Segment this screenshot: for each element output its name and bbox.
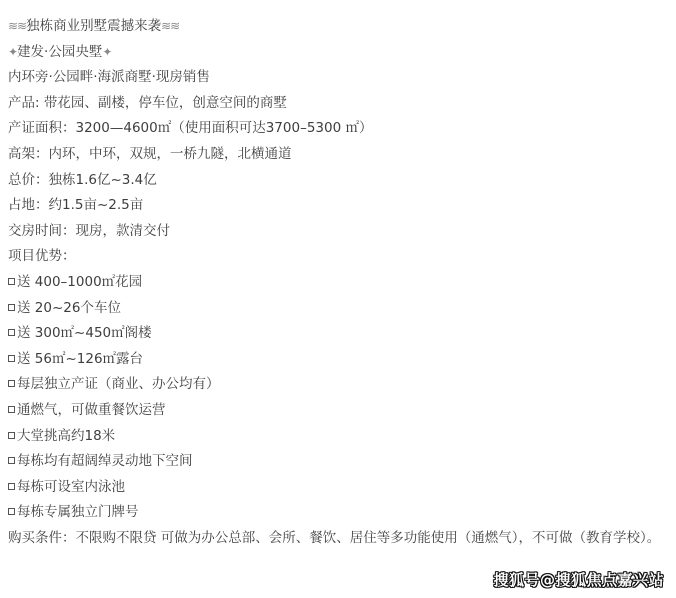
spec-product: 产品: 带花园、副楼，停车位，创意空间的商墅 xyxy=(8,91,672,117)
advantage-text: 每栋均有超阔绰灵动地下空间 xyxy=(17,453,193,469)
spec-land: 占地：约1.5亩~2.5亩 xyxy=(8,193,672,219)
advantage-text: 送 400–1000㎡花园 xyxy=(17,274,142,290)
spec-area: 产证面积：3200—4600㎡（使用面积可达3700–5300 ㎡） xyxy=(8,116,672,142)
title-text: 独栋商业别墅震撼来袭 xyxy=(26,18,161,34)
square-bullet-icon xyxy=(8,508,15,515)
source-watermark: 搜狐号@搜狐焦点嘉兴站 xyxy=(493,569,664,590)
advantage-item: 每栋可设室内泳池 xyxy=(8,475,672,501)
advantage-text: 通燃气，可做重餐饮运营 xyxy=(17,402,166,418)
spec-delivery: 交房时间：现房，款清交付 xyxy=(8,219,672,245)
advantage-item: 送 20~26个车位 xyxy=(8,296,672,322)
square-bullet-icon xyxy=(8,355,15,362)
advantage-text: 每栋可设室内泳池 xyxy=(17,479,125,495)
square-bullet-icon xyxy=(8,457,15,464)
advantage-text: 每层独立产证（商业、办公均有） xyxy=(17,376,220,392)
spec-highway: 高架：内环，中环，双规，一桥九隧，北横通道 xyxy=(8,142,672,168)
subtitle-text: 建发·公园央墅 xyxy=(17,44,102,60)
square-bullet-icon xyxy=(8,406,15,413)
spec-label: 占地 xyxy=(8,197,35,213)
spec-label: 高架 xyxy=(8,146,35,162)
tagline: 内环旁·公园畔·海派商墅·现房销售 xyxy=(8,65,672,91)
advantage-item: 送 300㎡~450㎡阁楼 xyxy=(8,321,672,347)
advantage-item: 每栋专属独立门牌号 xyxy=(8,500,672,526)
advantages-heading: 项目优势： xyxy=(8,244,672,270)
square-bullet-icon xyxy=(8,278,15,285)
article-title: ≋≋独栋商业别墅震撼来袭≋≋ xyxy=(8,14,672,40)
spec-value: 内环，中环，双规，一桥九隧，北横通道 xyxy=(49,146,292,162)
advantage-item: 通燃气，可做重餐饮运营 xyxy=(8,398,672,424)
advantage-item: 送 56㎡~126㎡露台 xyxy=(8,347,672,373)
square-bullet-icon xyxy=(8,304,15,311)
spec-label: 总价 xyxy=(8,172,35,188)
swirl-decoration-icon: ≋≋ xyxy=(161,14,179,40)
spec-label: 交房时间 xyxy=(8,223,62,239)
spec-value: 现房，款清交付 xyxy=(76,223,171,239)
swirl-decoration-icon: ≋≋ xyxy=(8,14,26,40)
advantage-item: 每栋均有超阔绰灵动地下空间 xyxy=(8,449,672,475)
purchase-conditions: 购买条件：不限购不限贷 可做为办公总部、会所、餐饮、居住等多功能使用（通燃气），… xyxy=(8,526,672,552)
square-bullet-icon xyxy=(8,380,15,387)
square-bullet-icon xyxy=(8,329,15,336)
spec-price: 总价：独栋1.6亿~3.4亿 xyxy=(8,168,672,194)
advantage-text: 送 56㎡~126㎡露台 xyxy=(17,351,143,367)
advantage-text: 大堂挑高约18米 xyxy=(17,428,115,444)
spec-sep: ： xyxy=(35,197,49,213)
spec-value: 带花园、副楼，停车位，创意空间的商墅 xyxy=(44,95,287,111)
purchase-value: 不限购不限贷 可做为办公总部、会所、餐饮、居住等多功能使用（通燃气），不可做（教… xyxy=(76,530,661,546)
purchase-label: 购买条件 xyxy=(8,530,62,546)
spec-sep: ： xyxy=(62,120,76,136)
advantage-text: 每栋专属独立门牌号 xyxy=(17,504,139,520)
advantage-item: 送 400–1000㎡花园 xyxy=(8,270,672,296)
sparkle-icon: ✦ xyxy=(102,40,111,66)
purchase-sep: ： xyxy=(62,530,76,546)
spec-sep: ： xyxy=(35,172,49,188)
spec-label: 产证面积 xyxy=(8,120,62,136)
spec-value: 约1.5亩~2.5亩 xyxy=(49,197,144,213)
spec-value: 3200—4600㎡（使用面积可达3700–5300 ㎡） xyxy=(76,120,373,136)
advantage-text: 送 20~26个车位 xyxy=(17,300,121,316)
article-subtitle: ✦建发·公园央墅✦ xyxy=(8,40,672,66)
sparkle-icon: ✦ xyxy=(8,40,17,66)
advantage-text: 送 300㎡~450㎡阁楼 xyxy=(17,325,152,341)
spec-sep: ： xyxy=(62,223,76,239)
spec-value: 独栋1.6亿~3.4亿 xyxy=(49,172,157,188)
square-bullet-icon xyxy=(8,483,15,490)
spec-sep: ： xyxy=(35,146,49,162)
advantage-item: 每层独立产证（商业、办公均有） xyxy=(8,372,672,398)
square-bullet-icon xyxy=(8,432,15,439)
spec-label: 产品 xyxy=(8,95,35,111)
advantage-item: 大堂挑高约18米 xyxy=(8,424,672,450)
spec-sep: : xyxy=(35,95,44,111)
article-body: ≋≋独栋商业别墅震撼来袭≋≋ ✦建发·公园央墅✦ 内环旁·公园畔·海派商墅·现房… xyxy=(8,14,672,551)
